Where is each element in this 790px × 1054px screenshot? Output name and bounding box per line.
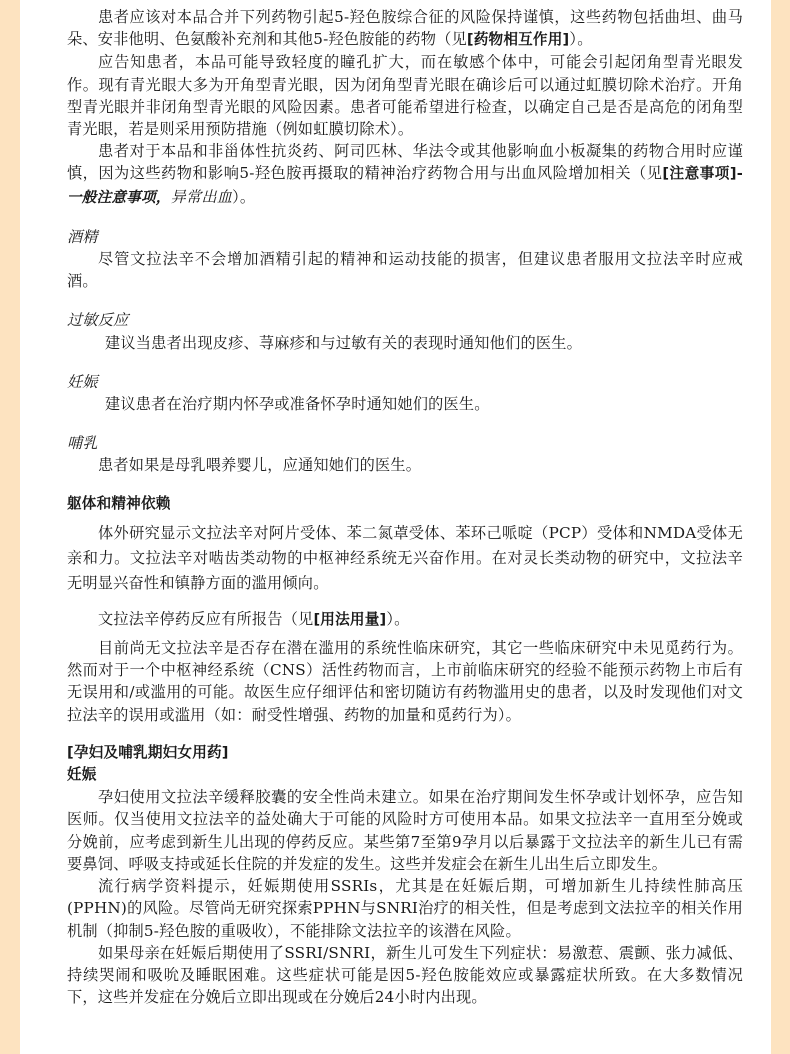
paragraph-text: 患者应该对本品合并下列药物引起5-羟色胺综合征的风险保持谨慎，这些药物包括曲坦、… bbox=[67, 8, 743, 48]
paragraph-abuse-potential: 目前尚无文拉法辛是否存在潜在滥用的系统性临床研究，其它一些临床研究中未见觅药行为… bbox=[67, 637, 743, 726]
ref-comma: ， bbox=[156, 189, 171, 206]
paragraph-pregnancy-safety: 孕妇使用文拉法辛缓释胶囊的安全性尚未建立。如果在治疗期间发生怀孕或计划怀孕，应告… bbox=[67, 786, 743, 875]
subheading-pregnancy-advice: 妊娠 bbox=[67, 371, 743, 393]
subheading-pregnancy: 妊娠 bbox=[67, 764, 743, 786]
section-title-pregnancy-lactation: [孕妇及哺乳期妇女用药] bbox=[67, 742, 743, 764]
spacer bbox=[67, 726, 743, 742]
subheading-nursing-advice: 哺乳 bbox=[67, 432, 743, 454]
cross-reference-general-precautions[interactable]: 一般注意事项 bbox=[67, 189, 156, 206]
paragraph-withdrawal: 文拉法辛停药反应有所报告（见[用法用量]）。 bbox=[67, 608, 743, 631]
cross-reference-precautions[interactable]: [注意事项] bbox=[662, 165, 736, 182]
paragraph-pregnancy-advice: 建议患者在治疗期内怀孕或准备怀孕时通知她们的医生。 bbox=[67, 393, 743, 415]
paragraph-tail: ）。 bbox=[232, 188, 255, 206]
document-page: 患者应该对本品合并下列药物引起5-羟色胺综合征的风险保持谨慎，这些药物包括曲坦、… bbox=[20, 0, 771, 1054]
paragraph-nursing-advice: 患者如果是母乳喂养婴儿，应通知她们的医生。 bbox=[67, 454, 743, 476]
cross-reference-dosage[interactable]: [用法用量] bbox=[313, 611, 386, 628]
paragraph-allergy: 建议当患者出现皮疹、荨麻疹和与过敏有关的表现时通知他们的医生。 bbox=[67, 332, 743, 354]
paragraph-tail: ）。 bbox=[386, 610, 409, 628]
document-content: 患者应该对本品合并下列药物引起5-羟色胺综合征的风险保持谨慎，这些药物包括曲坦、… bbox=[67, 6, 743, 1008]
paragraph-text: 患者对于本品和非甾体性抗炎药、阿司匹林、华法令或其他影响血小板凝集的药物合用时应… bbox=[67, 142, 743, 182]
paragraph-tail: ）。 bbox=[569, 30, 592, 48]
cross-reference-drug-interactions[interactable]: [药物相互作用] bbox=[467, 31, 570, 48]
paragraph-bleeding-risk: 患者对于本品和非甾体性抗炎药、阿司匹林、华法令或其他影响血小板凝集的药物合用时应… bbox=[67, 140, 743, 209]
paragraph-alcohol: 尽管文拉法辛不会增加酒精引起的精神和运动技能的损害，但建议患者服用文拉法辛时应戒… bbox=[67, 248, 743, 292]
paragraph-text: 文拉法辛停药反应有所报告（见 bbox=[98, 610, 313, 628]
paragraph-glaucoma: 应告知患者，本品可能导致轻度的瞳孔扩大，而在敏感个体中，可能会引起闭角型青光眼发… bbox=[67, 51, 743, 140]
paragraph-pphn: 流行病学资料提示，妊娠期使用SSRIs，尤其是在妊娠后期，可增加新生儿持续性肺高… bbox=[67, 875, 743, 942]
spacer bbox=[67, 596, 743, 608]
spacer bbox=[67, 477, 743, 493]
subheading-alcohol: 酒精 bbox=[67, 226, 743, 248]
paragraph-serotonin-syndrome: 患者应该对本品合并下列药物引起5-羟色胺综合征的风险保持谨慎，这些药物包括曲坦、… bbox=[67, 6, 743, 51]
paragraph-dependence-invitro: 体外研究显示文拉法辛对阿片受体、苯二氮䓬受体、苯环己哌啶（PCP）受体和NMDA… bbox=[67, 521, 743, 596]
subheading-allergy: 过敏反应 bbox=[67, 309, 743, 331]
paragraph-neonatal-symptoms: 如果母亲在妊娠后期使用了SSRI/SNRI，新生儿可发生下列症状：易激惹、震颤、… bbox=[67, 942, 743, 1009]
cross-reference-abnormal-bleeding[interactable]: 异常出血 bbox=[171, 188, 233, 206]
heading-dependence: 躯体和精神依赖 bbox=[67, 493, 743, 515]
ref-dash: - bbox=[737, 165, 743, 182]
